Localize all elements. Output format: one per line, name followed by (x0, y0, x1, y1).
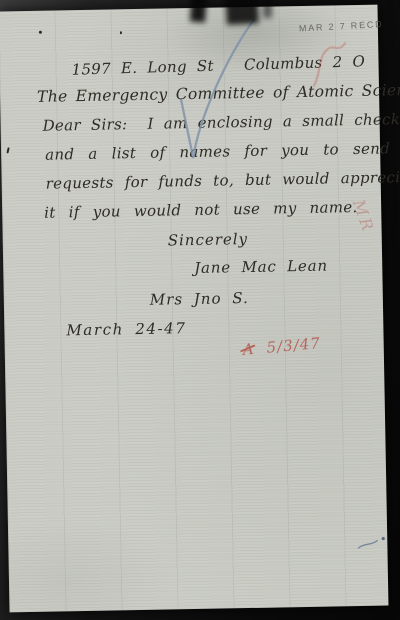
red-margin-note: MR (349, 197, 378, 236)
letter-page: MAR 2 7 RECD 1597 E. Long St Columbus 2 … (0, 5, 388, 613)
date-line: March 24-47 (66, 318, 187, 340)
edge-ink-tick (6, 147, 9, 153)
signature-title-line: Mrs Jno S. (150, 288, 249, 310)
red-crossed-a-mark: A (242, 340, 255, 359)
body-line-2: and a list of names for you to send (45, 138, 390, 164)
binding-smudge (190, 0, 207, 22)
binding-smudge (263, 0, 272, 18)
closing-line: Sincerely (168, 229, 249, 250)
body-line-1: Dear Sirs: I am enclosing a small check (42, 109, 400, 136)
received-stamp: MAR 2 7 RECD (299, 19, 384, 33)
signature-line: Jane Mac Lean (194, 256, 328, 278)
red-date-annotation: A5/3/47 (242, 334, 321, 359)
ink-speck (120, 31, 122, 34)
small-blue-ink-marks (356, 532, 388, 555)
body-line-3: requests for funds to, but would appreci… (46, 167, 400, 194)
ink-speck (39, 31, 42, 34)
recipient-line: The Emergency Committee of Atomic Scient… (37, 79, 400, 106)
body-line-4: it if you would not use my name. (44, 197, 358, 223)
scan-background: MAR 2 7 RECD 1597 E. Long St Columbus 2 … (0, 0, 400, 620)
binding-smudge (225, 0, 259, 25)
address-line: 1597 E. Long St Columbus 2 O (71, 51, 365, 79)
red-date-text: 5/3/47 (266, 334, 322, 357)
